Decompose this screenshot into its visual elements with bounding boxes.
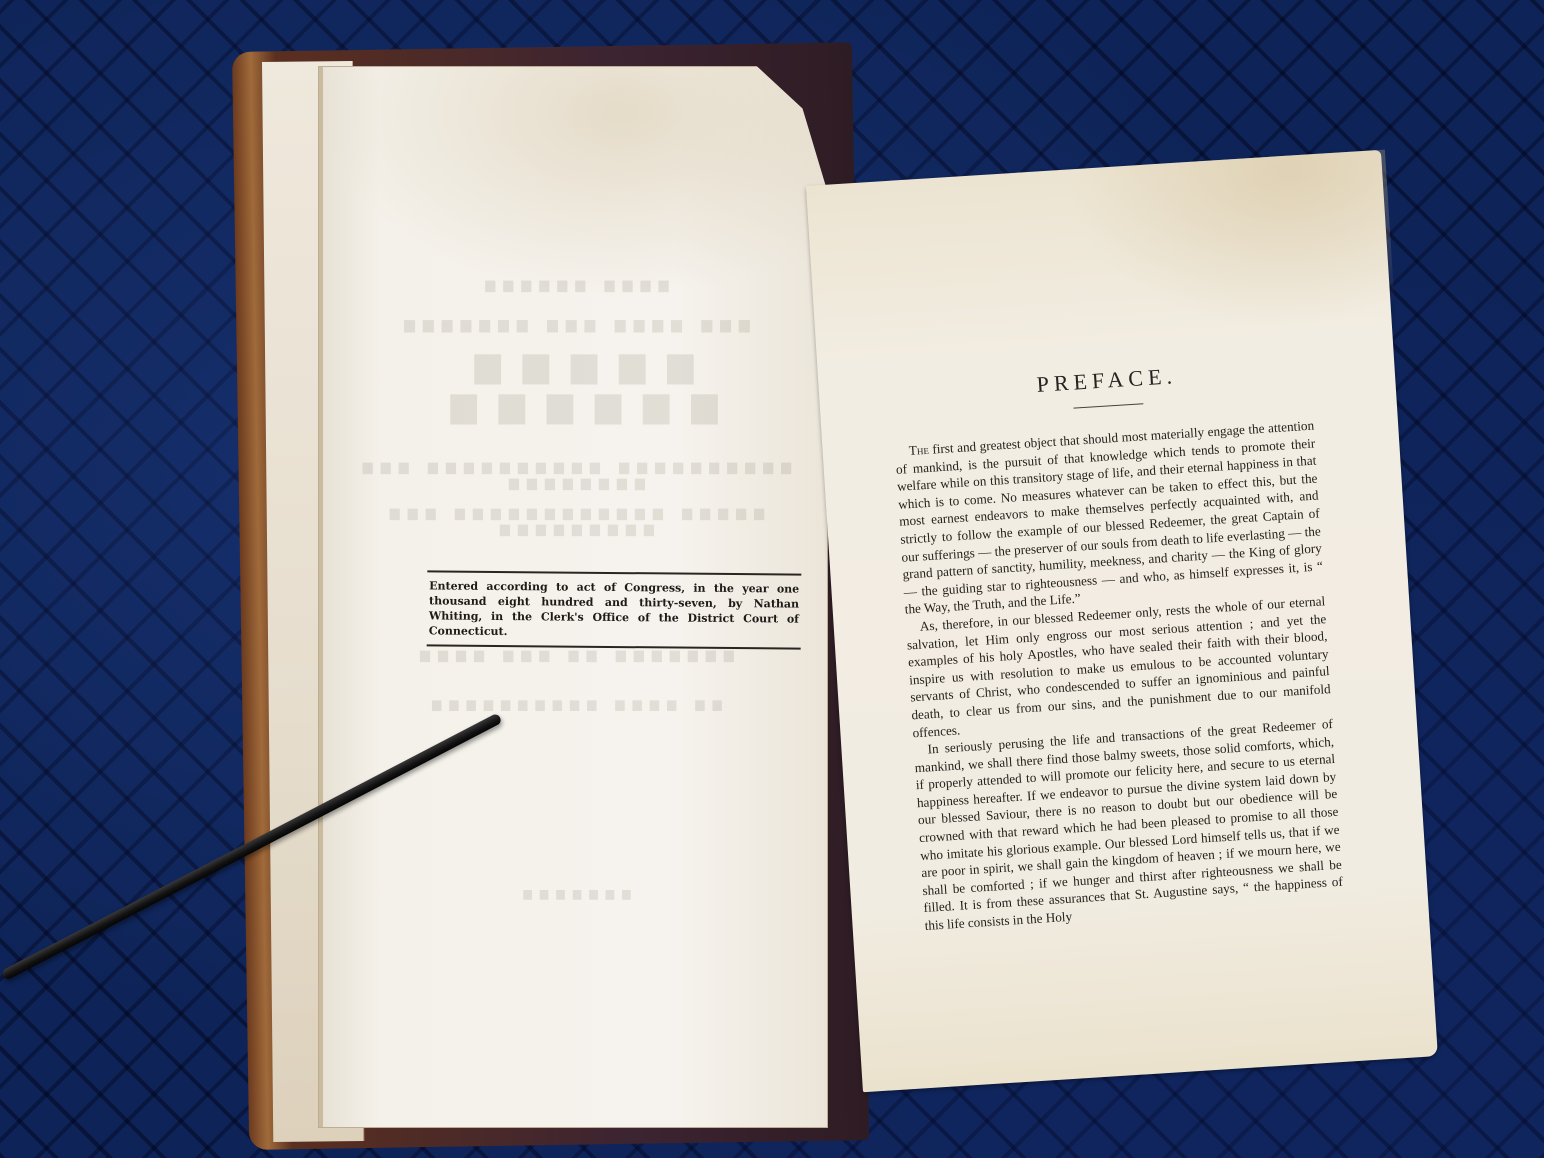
paragraph: The first and greatest object that shoul… <box>894 417 1324 619</box>
bleed-through-text: ▆▆▆▆▆▆▆ <box>319 887 827 900</box>
paragraph: In seriously perusing the life and trans… <box>913 715 1344 935</box>
copyright-notice: Entered according to act of Congress, in… <box>427 570 802 649</box>
water-stain <box>319 67 827 297</box>
bleed-through-text: ▆▆▆ ▆▆▆▆ ▆▆▆ ▆▆▆▆▆▆▆ <box>319 317 827 334</box>
bleed-through-text: ▆▆ ▆▆▆▆ ▆▆▆▆▆▆▆▆▆▆ <box>319 697 827 712</box>
bleed-through-text: ▆▆▆▆▆▆▆▆▆▆ ▆▆▆▆▆▆▆▆▆▆ ▆▆▆ ▆▆▆▆▆▆▆▆ <box>319 459 827 491</box>
title-rule <box>1073 403 1143 408</box>
paragraph-lead: The <box>908 442 929 458</box>
right-page: PREFACE. The first and greatest object t… <box>806 150 1438 1092</box>
bleed-through-text: ▆▆▆▆▆▆▆ ▆▆ ▆▆▆ ▆▆▆▆ <box>319 647 827 663</box>
bleed-through-text: ▆▆▆▆▆ ▆▆▆▆▆▆ <box>319 345 827 425</box>
bleed-through-text: ▆▆▆▆▆ ▆▆▆▆▆▆▆▆▆▆▆▆ ▆▆▆ ▆▆▆▆▆▆▆▆▆ <box>319 505 827 537</box>
left-page: ▆▆▆▆ ▆▆▆▆▆▆ ▆▆▆ ▆▆▆▆ ▆▆▆ ▆▆▆▆▆▆▆ ▆▆▆▆▆ ▆… <box>318 66 828 1128</box>
preface-body: The first and greatest object that shoul… <box>894 417 1344 935</box>
paragraph-text: In seriously perusing the life and trans… <box>914 716 1343 933</box>
water-stain <box>1065 150 1395 340</box>
paragraph-text: first and greatest object that should mo… <box>895 418 1323 617</box>
bleed-through-text: ▆▆▆▆ ▆▆▆▆▆▆ <box>319 277 827 293</box>
page-title: PREFACE. <box>819 349 1395 411</box>
paragraph-text: As, therefore, in our blessed Redeemer o… <box>907 593 1332 740</box>
